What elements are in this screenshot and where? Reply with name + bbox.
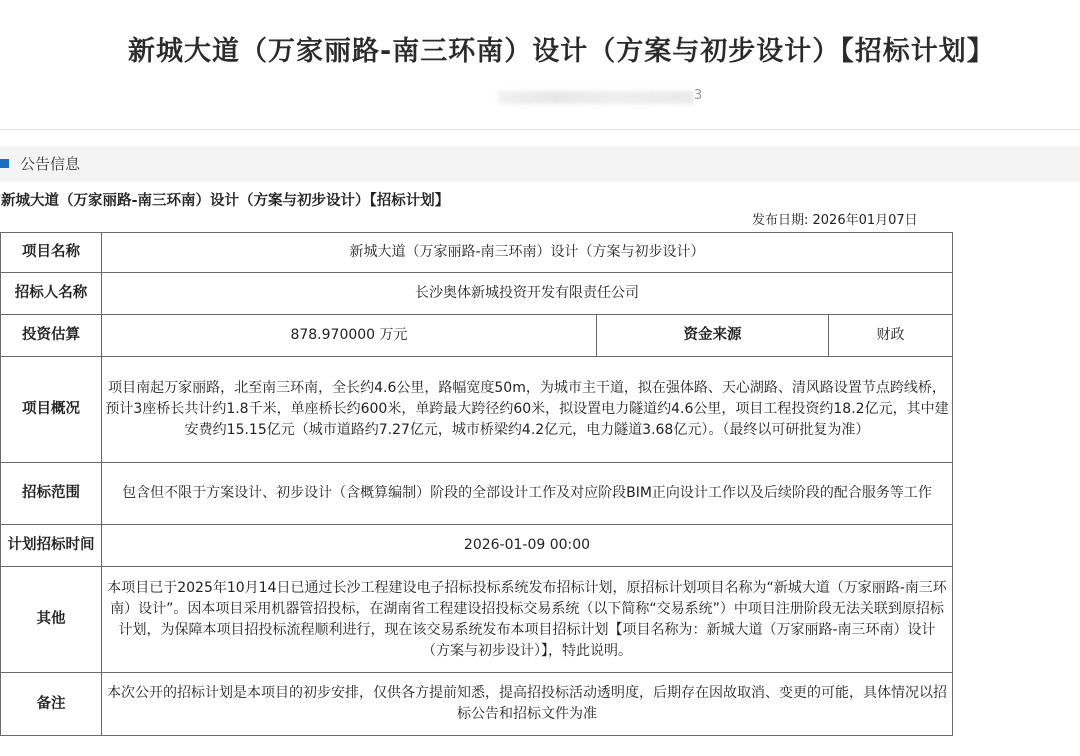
page-title: 新城大道（万家丽路-南三环南）设计（方案与初步设计）【招标计划】	[0, 30, 1080, 74]
label-tenderer: 招标人名称	[1, 273, 102, 315]
value-remarks: 本次公开的招标计划是本项目的初步安排，仅供各方提前知悉，提高招投标活动透明度，后…	[102, 673, 953, 736]
divider	[0, 129, 1080, 130]
label-investment: 投资估算	[1, 315, 102, 357]
table-row: 计划招标时间 2026-01-09 00:00	[1, 525, 953, 567]
table-row: 招标人名称 长沙奥体新城投资开发有限责任公司	[1, 273, 953, 315]
table-row: 投资估算 878.970000 万元 资金来源 财政	[1, 315, 953, 357]
label-project-name: 项目名称	[1, 233, 102, 273]
label-other: 其他	[1, 567, 102, 673]
label-overview: 项目概况	[1, 357, 102, 463]
value-fund-source: 财政	[829, 315, 953, 357]
label-remarks: 备注	[1, 673, 102, 736]
value-other: 本项目已于2025年10月14日已通过长沙工程建设电子招标投标系统发布招标计划，…	[102, 567, 953, 673]
publish-date: 发布日期: 2026年01月07日	[752, 211, 918, 231]
value-project-name: 新城大道（万家丽路-南三环南）设计（方案与初步设计）	[102, 233, 953, 273]
value-tenderer: 长沙奥体新城投资开发有限责任公司	[102, 273, 953, 315]
label-fund-source: 资金来源	[597, 315, 829, 357]
label-planned-time: 计划招标时间	[1, 525, 102, 567]
meta-tail: 3	[694, 88, 702, 103]
tender-info-table: 项目名称 新城大道（万家丽路-南三环南）设计（方案与初步设计） 招标人名称 长沙…	[0, 232, 953, 736]
redacted-text	[498, 91, 694, 104]
value-investment: 878.970000 万元	[102, 315, 597, 357]
notice-title: 新城大道（万家丽路-南三环南）设计（方案与初步设计）【招标计划】	[1, 190, 449, 212]
value-overview: 项目南起万家丽路，北至南三环南，全长约4.6公里，路幅宽度50m，为城市主干道，…	[102, 357, 953, 463]
table-row: 招标范围 包含但不限于方案设计、初步设计（含概算编制）阶段的全部设计工作及对应阶…	[1, 463, 953, 525]
table-row: 项目概况 项目南起万家丽路，北至南三环南，全长约4.6公里，路幅宽度50m，为城…	[1, 357, 953, 463]
value-scope: 包含但不限于方案设计、初步设计（含概算编制）阶段的全部设计工作及对应阶段BIM正…	[102, 463, 953, 525]
label-scope: 招标范围	[1, 463, 102, 525]
square-bullet-icon	[0, 159, 9, 168]
value-planned-time: 2026-01-09 00:00	[102, 525, 953, 567]
table-row: 备注 本次公开的招标计划是本项目的初步安排，仅供各方提前知悉，提高招投标活动透明…	[1, 673, 953, 736]
table-row: 项目名称 新城大道（万家丽路-南三环南）设计（方案与初步设计）	[1, 233, 953, 273]
section-header: 公告信息	[0, 146, 1080, 182]
table-row: 其他 本项目已于2025年10月14日已通过长沙工程建设电子招标投标系统发布招标…	[1, 567, 953, 673]
blurred-meta-info: 3	[498, 88, 708, 108]
section-label: 公告信息	[20, 153, 80, 175]
